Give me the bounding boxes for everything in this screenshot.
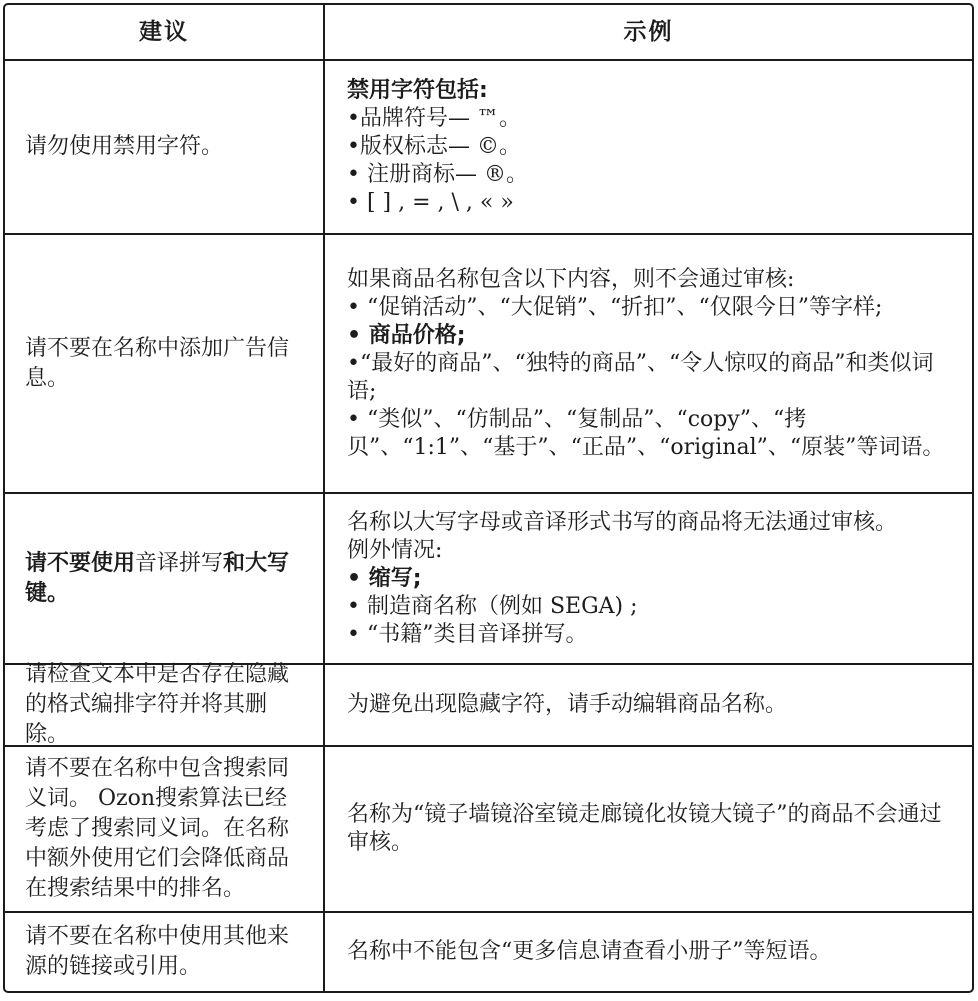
- example-bullet: • “书籍”类目音译拼写。: [347, 621, 956, 649]
- example-line: 名称中不能包含“更多信息请查看小册子”等短语。: [347, 938, 956, 966]
- table-row-forbidden-characters: 请勿使用禁用字符。 禁用字符包括: •品牌符号— ™。 •版权标志— ©。 • …: [5, 59, 972, 233]
- advice-cell: 请勿使用禁用字符。: [5, 61, 325, 233]
- example-cell: 禁用字符包括: •品牌符号— ™。 •版权标志— ©。 • 注册商标— ®。 •…: [325, 61, 972, 233]
- example-bullet: •“最好的商品”、“独特的商品”、“令人惊叹的商品”和类似词语;: [347, 350, 956, 406]
- example-cell: 如果商品名称包含以下内容，则不会通过审核: • “促销活动”、“大促销”、“折扣…: [325, 235, 972, 492]
- example-cell: 名称为“镜子墙镜浴室镜走廊镜化妆镜大镜子”的商品不会通过审核。: [325, 747, 972, 911]
- naming-guidelines-table: 建议 示例 请勿使用禁用字符。 禁用字符包括: •品牌符号— ™。 •版权标志—…: [3, 3, 974, 993]
- table-row-no-links: 请不要在名称中使用其他来源的链接或引用。 名称中不能包含“更多信息请查看小册子”…: [5, 911, 972, 991]
- example-bullet: •品牌符号— ™。: [347, 105, 956, 133]
- example-line: 名称为“镜子墙镜浴室镜走廊镜化妆镜大镜子”的商品不会通过审核。: [347, 801, 956, 857]
- example-cell: 为避免出现隐藏字符，请手动编辑商品名称。: [325, 665, 972, 745]
- advice-cell: 请不要在名称中包含搜索同义词。 Ozon搜索算法已经考虑了搜索同义词。在名称中额…: [5, 747, 325, 911]
- example-bullet: • “促销活动”、“大促销”、“折扣”、“仅限今日”等字样;: [347, 294, 956, 322]
- example-line: 名称以大写字母或音译形式书写的商品将无法通过审核。: [347, 509, 956, 537]
- header-row: 建议 示例: [5, 5, 972, 59]
- advice-text: 请不要在名称中包含搜索同义词。 Ozon搜索算法已经考虑了搜索同义词。在名称中额…: [25, 754, 303, 904]
- advice-cell: 请检查文本中是否存在隐藏的格式编排字符并将其删除。: [5, 665, 325, 745]
- advice-text: 请不要在名称中添加广告信息。: [25, 334, 303, 394]
- example-line: 为避免出现隐藏字符，请手动编辑商品名称。: [347, 691, 956, 719]
- table-row-no-search-synonyms: 请不要在名称中包含搜索同义词。 Ozon搜索算法已经考虑了搜索同义词。在名称中额…: [5, 745, 972, 911]
- advice-text: 请不要使用音译拼写和大写键。: [25, 549, 303, 609]
- advice-text: 请检查文本中是否存在隐藏的格式编排字符并将其删除。: [25, 660, 303, 750]
- example-bullet: • 制造商名称（例如 SEGA) ;: [347, 593, 956, 621]
- header-cell-example: 示例: [325, 5, 972, 59]
- example-bullet: • [ ] , = , \ , « »: [347, 189, 956, 217]
- example-bullet: •版权标志— ©。: [347, 133, 956, 161]
- advice-text-regular: 音译拼写: [135, 551, 223, 576]
- document-page: 建议 示例 请勿使用禁用字符。 禁用字符包括: •品牌符号— ™。 •版权标志—…: [0, 0, 978, 1001]
- advice-text: 请不要在名称中使用其他来源的链接或引用。: [25, 922, 303, 982]
- example-intro: 如果商品名称包含以下内容，则不会通过审核:: [347, 266, 956, 294]
- advice-cell: 请不要在名称中添加广告信息。: [5, 235, 325, 492]
- table-row-no-advertising: 请不要在名称中添加广告信息。 如果商品名称包含以下内容，则不会通过审核: • “…: [5, 233, 972, 492]
- example-cell: 名称以大写字母或音译形式书写的商品将无法通过审核。 例外情况: • 缩写; • …: [325, 494, 972, 663]
- example-bullet-bold: • 商品价格;: [347, 322, 956, 350]
- example-bullet-bold: • 缩写;: [347, 565, 956, 593]
- example-bullet: • “类似”、“仿制品”、“复制品”、“copy”、“拷贝”、“1:1”、“基于…: [347, 406, 956, 462]
- example-cell: 名称中不能包含“更多信息请查看小册子”等短语。: [325, 913, 972, 991]
- example-line: 例外情况:: [347, 537, 956, 565]
- advice-text-bold: 请不要使用: [25, 551, 135, 576]
- example-bullet: • 注册商标— ®。: [347, 161, 956, 189]
- header-cell-advice: 建议: [5, 5, 325, 59]
- table-row-hidden-characters: 请检查文本中是否存在隐藏的格式编排字符并将其删除。 为避免出现隐藏字符，请手动编…: [5, 663, 972, 745]
- table-row-no-transliteration-caps: 请不要使用音译拼写和大写键。 名称以大写字母或音译形式书写的商品将无法通过审核。…: [5, 492, 972, 663]
- advice-cell: 请不要使用音译拼写和大写键。: [5, 494, 325, 663]
- advice-cell: 请不要在名称中使用其他来源的链接或引用。: [5, 913, 325, 991]
- example-title: 禁用字符包括:: [347, 77, 956, 105]
- header-example-label: 示例: [624, 18, 674, 46]
- advice-text: 请勿使用禁用字符。: [25, 132, 303, 162]
- header-advice-label: 建议: [139, 17, 189, 47]
